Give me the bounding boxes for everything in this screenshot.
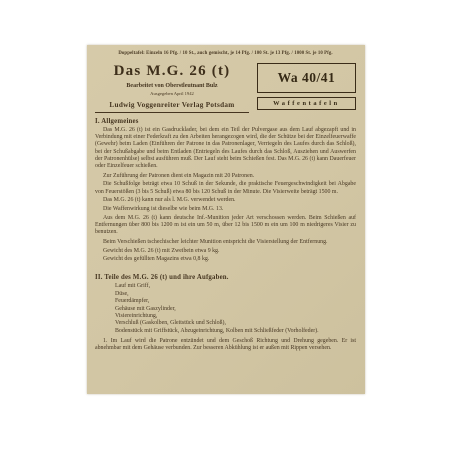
list-item: Düse, (115, 291, 356, 298)
document-page: Doppeltafel: Einzeln 16 Pfg. / 10 St., a… (87, 45, 365, 394)
paragraph: Aus dem M.G. 26 (t) kann deutsche Inf.-M… (95, 215, 356, 237)
price-line: Doppeltafel: Einzeln 16 Pfg. / 10 St., a… (95, 51, 356, 56)
list-item: Bodenstück mit Griffstück, Abzugeinricht… (115, 328, 356, 335)
list-item: Verschluß (Gaskolben, Gleitstück und Sch… (115, 320, 356, 327)
list-item: Feuerdämpfer, (115, 298, 356, 305)
masthead: Das M.G. 26 (t) Bearbeitet von Oberstleu… (95, 63, 356, 113)
paragraph: Das M.G. 26 (t) kann nur als l. M.G. ver… (95, 197, 356, 204)
series-label-box: Waffentafeln (257, 97, 356, 110)
editor-line: Bearbeitet von Oberstleutnant Bulz (95, 83, 249, 89)
scan-background: Doppeltafel: Einzeln 16 Pfg. / 10 St., a… (0, 0, 450, 450)
masthead-boxes: Wa 40/41 Waffentafeln (257, 63, 356, 113)
paragraph: Das M.G. 26 (t) ist ein Gasdrucklader, b… (95, 127, 356, 170)
catalog-number-box: Wa 40/41 (257, 63, 356, 93)
issue-date-line: Ausgegeben April 1942 (95, 91, 249, 96)
publisher-line: Ludwig Voggenreiter Verlag Potsdam (95, 101, 249, 109)
paragraph: Gewicht des M.G. 26 (t) mit Zweibein etw… (95, 248, 356, 255)
paragraph: Die Schußfolge beträgt etwa 10 Schuß in … (95, 181, 356, 195)
paragraph: Beim Verschießen tschechischer leichter … (95, 239, 356, 246)
section-1-heading: I. Allgemeines (95, 118, 356, 125)
section-2-heading: II. Teile des M.G. 26 (t) und ihre Aufga… (95, 274, 356, 281)
page-title: Das M.G. 26 (t) (95, 63, 249, 80)
parts-list: Lauf mit Griff, Düse, Feuerdämpfer, Gehä… (115, 283, 356, 335)
document-body: I. Allgemeines Das M.G. 26 (t) ist ein G… (95, 118, 356, 353)
list-item: Lauf mit Griff, (115, 283, 356, 290)
list-item: Gehäuse mit Gaszylinder, (115, 306, 356, 313)
paragraph: Zur Zuführung der Patronen dient ein Mag… (95, 173, 356, 180)
paragraph: Die Waffenwirkung ist dieselbe wie beim … (95, 206, 356, 213)
header-divider (95, 112, 249, 113)
paragraph: 1. Im Lauf wird die Patrone entzündet un… (95, 338, 356, 352)
masthead-title-block: Das M.G. 26 (t) Bearbeitet von Oberstleu… (95, 63, 257, 113)
paragraph: Gewicht des gefüllten Magazins etwa 0,8 … (95, 256, 356, 263)
